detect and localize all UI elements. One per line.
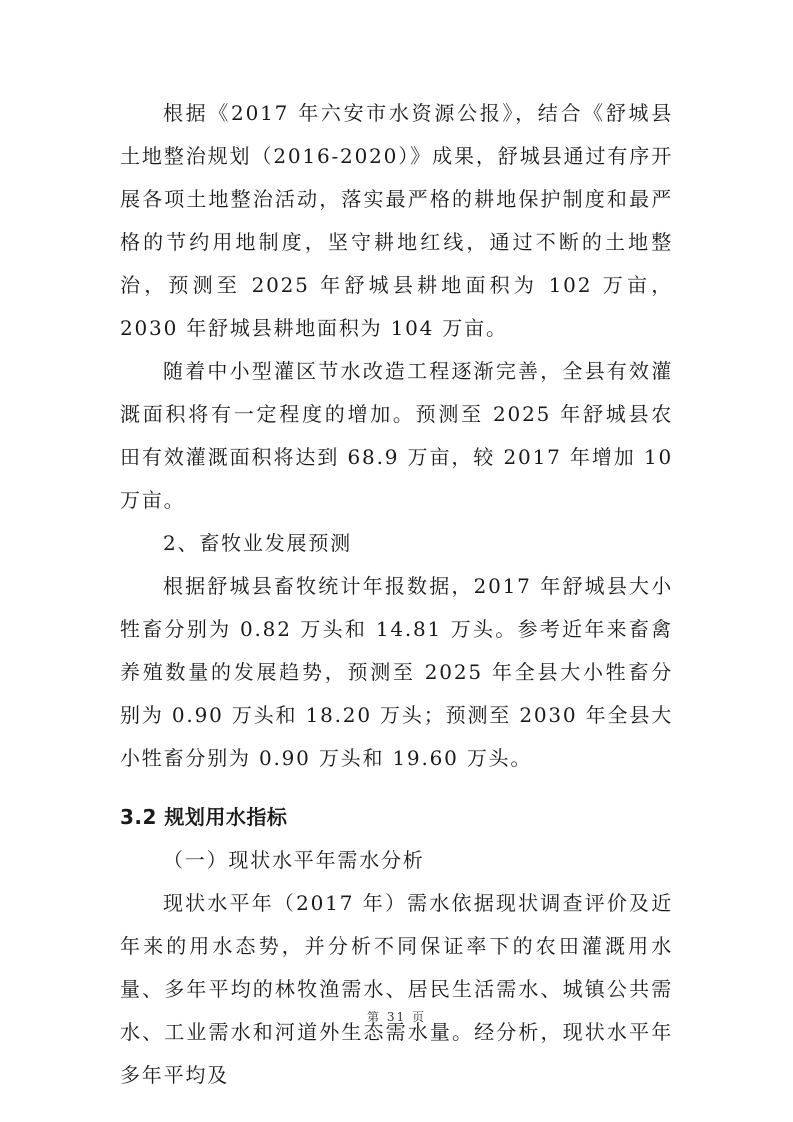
section-heading: 3.2 规划用水指标 <box>120 796 673 839</box>
paragraph-livestock-forecast: 根据舒城县畜牧统计年报数据，2017 年舒城县大小牲畜分别为 0.82 万头和 … <box>120 565 673 780</box>
subheading-livestock-forecast: 2、畜牧业发展预测 <box>120 522 673 565</box>
subsection-heading: （一）现状水平年需水分析 <box>120 839 673 882</box>
page-number-footer: 第 31 页 <box>0 1008 793 1025</box>
paragraph-irrigation-forecast: 随着中小型灌区节水改造工程逐渐完善，全县有效灌溉面积将有一定程度的增加。预测至 … <box>120 350 673 522</box>
paragraph-current-water-demand: 现状水平年（2017 年）需水依据现状调查评价及近年来的用水态势，并分析不同保证… <box>120 882 673 1097</box>
paragraph-farmland-forecast: 根据《2017 年六安市水资源公报》，结合《舒城县土地整治规划（2016-202… <box>120 92 673 350</box>
document-page: 根据《2017 年六安市水资源公报》，结合《舒城县土地整治规划（2016-202… <box>120 92 673 1097</box>
